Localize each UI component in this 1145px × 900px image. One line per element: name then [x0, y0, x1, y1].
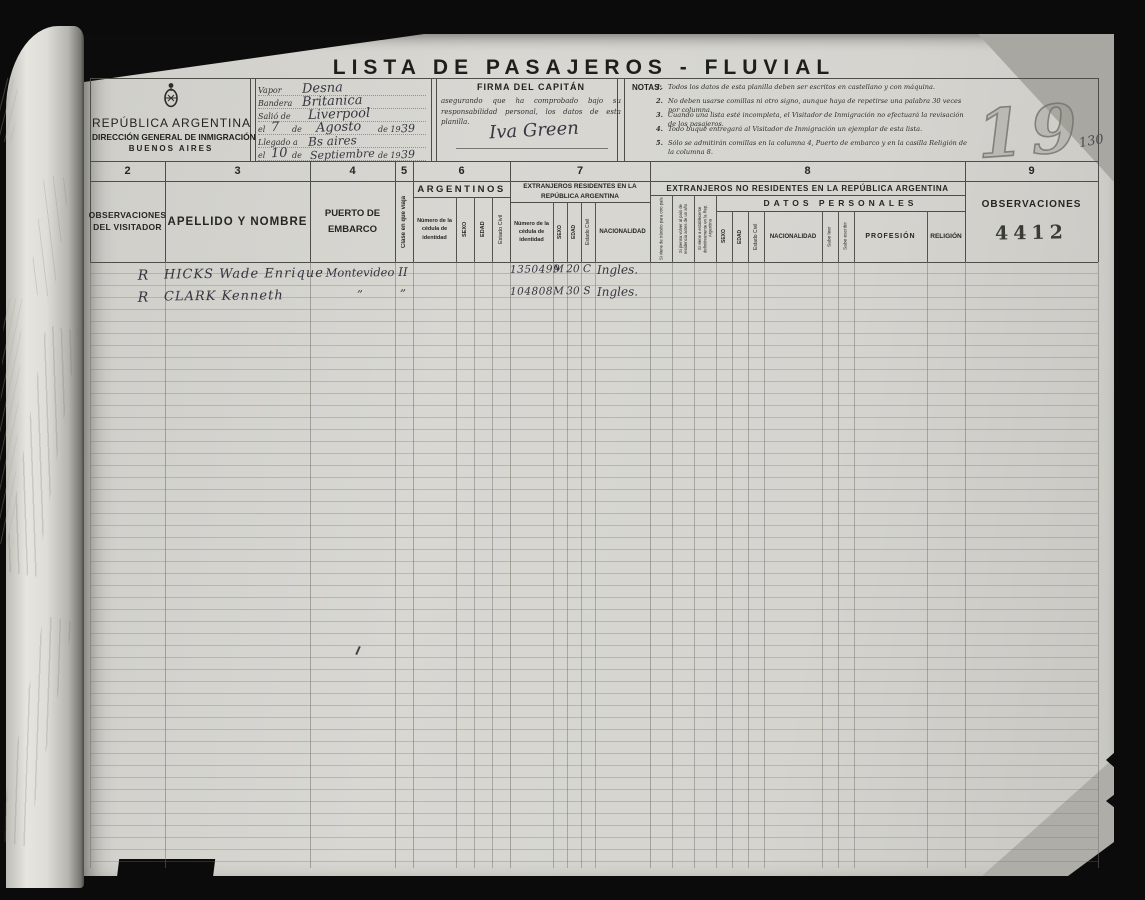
edad-value: 30	[565, 285, 581, 297]
col6-cedula-header: Número de la cédula de identidad	[413, 197, 456, 262]
col-number-8: 8	[650, 161, 965, 181]
dp-sabe-escribir-header: Sabe escribir	[838, 211, 854, 262]
nota-item: 5. Sólo se admitirán comillas en la colu…	[668, 139, 968, 156]
col5-header: Clase en que viaja	[395, 181, 413, 262]
dp-sabe-leer-header: Sabe leer	[822, 211, 838, 262]
nota-number: 5.	[656, 139, 663, 148]
nota-item: 1. Todos los datos de esta planilla debe…	[668, 83, 968, 92]
el-label: el	[258, 125, 265, 134]
col6-header: ARGENTINOS	[413, 181, 510, 197]
col9-title: OBSERVACIONES	[982, 199, 1082, 210]
arrive-year: 39	[401, 148, 415, 161]
nota-item: 4. Todo buque entregará al Visitador de …	[668, 125, 968, 134]
arrive-day: 10	[271, 146, 288, 162]
passenger-name: HICKS Wade Enrique	[164, 266, 324, 283]
visitador-mark: R	[128, 268, 158, 284]
nota-number: 1.	[656, 83, 663, 92]
col7-cedula-header: Número de la cédula de identidad	[510, 202, 553, 262]
dp-profesion-header: PROFESIÓN	[854, 211, 927, 262]
agency-header: REPÚBLICA ARGENTINA DIRECCIÓN GENERAL DE…	[92, 78, 250, 161]
col-number-7: 7	[510, 161, 650, 181]
page-title: LISTA DE PASAJEROS - FLUVIAL	[324, 56, 844, 80]
row-ruling	[90, 262, 1098, 868]
nacionalidad-value: Ingles.	[597, 285, 638, 299]
sexo-value: M	[551, 263, 566, 275]
dp-sexo-header: SEXO	[716, 211, 732, 262]
edad-value: 20	[565, 263, 581, 275]
edge-notch	[1106, 794, 1115, 808]
col7-edad-header: EDAD	[567, 202, 581, 262]
dp-edad-header: EDAD	[732, 211, 748, 262]
arrive-month: Septiembre	[310, 147, 375, 162]
cedula-number: 1350499	[510, 263, 554, 275]
folio-handwritten: 130	[1078, 132, 1105, 151]
edge-notch	[1106, 752, 1115, 768]
col7-nacionalidad-header: NACIONALIDAD	[595, 202, 650, 262]
col9-header: OBSERVACIONES 4412	[965, 181, 1098, 262]
col8-header: EXTRANJEROS NO RESIDENTES EN LA REPÚBLIC…	[650, 181, 965, 195]
agency-name: REPÚBLICA ARGENTINA	[92, 116, 250, 130]
col8-establecerse-header: Si viene a establecerse definitivamente …	[694, 195, 716, 262]
cedula-number: 104808	[510, 285, 554, 297]
el-label: el	[258, 151, 265, 160]
nacionalidad-value: Ingles.	[597, 263, 638, 277]
col-number-4: 4	[310, 161, 395, 181]
grid-line	[431, 78, 432, 161]
vapor-label: Vapor	[258, 86, 282, 95]
col7-header: EXTRANJEROS RESIDENTES EN LA REPÚBLICA A…	[510, 181, 650, 202]
passenger-name: CLARK Kenneth	[164, 288, 284, 304]
col7-estado-header: Estado Civil	[581, 202, 595, 262]
col6-edad-header: EDAD	[474, 197, 492, 262]
clase-viaja: II	[393, 265, 413, 279]
col-number-2: 2	[90, 161, 165, 181]
col7-sexo-header: SEXO	[553, 202, 567, 262]
previous-page-edge	[6, 26, 84, 888]
nota-text: Sólo se admitirán comillas en la columna…	[668, 139, 967, 156]
bleed-through-writing	[28, 175, 70, 297]
de-label: de	[292, 125, 302, 134]
col6-estado-header: Estado Civil	[492, 197, 510, 262]
estado-civil-value: C	[580, 263, 594, 275]
coat-of-arms-icon	[92, 81, 250, 114]
nota-text: Todo buque entregará al Visitador de Inm…	[668, 125, 922, 133]
col3-header: APELLIDO Y NOMBRE	[165, 181, 310, 262]
sail-day: 7	[271, 120, 280, 135]
datos-personales-header: DATOS PERSONALES	[716, 195, 965, 211]
de-label: de	[292, 151, 302, 160]
col-number-5: 5	[395, 161, 413, 181]
observaciones-number-stamp: 4412	[995, 221, 1068, 244]
grid-line	[255, 78, 256, 161]
agency-city: BUENOS AIRES	[92, 144, 250, 153]
col8-volver-header: Si piensa volver al país de residencia a…	[672, 195, 694, 262]
dp-nacionalidad-header: NACIONALIDAD	[764, 211, 822, 262]
visitador-mark: R	[128, 290, 158, 306]
grid-line	[1098, 78, 1099, 868]
col-number-3: 3	[165, 161, 310, 181]
estado-civil-value: S	[580, 285, 594, 297]
form-row-arrive-date: el 10 de Septiembre de 19 39	[258, 147, 426, 161]
sexo-value: M	[551, 285, 566, 297]
col4-header: PUERTO DE EMBARCO	[310, 181, 395, 262]
bandera-label: Bandera	[258, 99, 292, 108]
col2-header: OBSERVACIONES DEL VISITADOR	[90, 181, 165, 262]
bleed-through-writing	[0, 615, 74, 846]
nota-number: 2.	[656, 97, 663, 106]
nota-number: 4.	[656, 125, 663, 134]
nota-number: 3.	[656, 111, 663, 120]
col-number-9: 9	[965, 161, 1098, 181]
col6-sexo-header: SEXO	[456, 197, 474, 262]
nota-text: Todos los datos de esta planilla deben s…	[668, 83, 935, 91]
dp-estado-header: Estado Civil	[748, 211, 764, 262]
clase-viaja: ”	[393, 287, 413, 301]
captain-box-title: FIRMA DEL CAPITÁN	[437, 82, 625, 92]
de19-label: de 19	[378, 125, 401, 134]
dp-religion-header: RELIGIÓN	[927, 211, 965, 262]
signature-line	[456, 148, 608, 149]
col8-transito-header: Si viene de tránsito para otro país	[650, 195, 672, 262]
agency-department: DIRECCIÓN GENERAL DE INMIGRACIÓN	[92, 132, 250, 142]
document-page: LISTA DE PASAJEROS - FLUVIAL	[84, 34, 1114, 876]
de19-label: de 19	[378, 151, 401, 160]
col-number-6: 6	[413, 161, 510, 181]
